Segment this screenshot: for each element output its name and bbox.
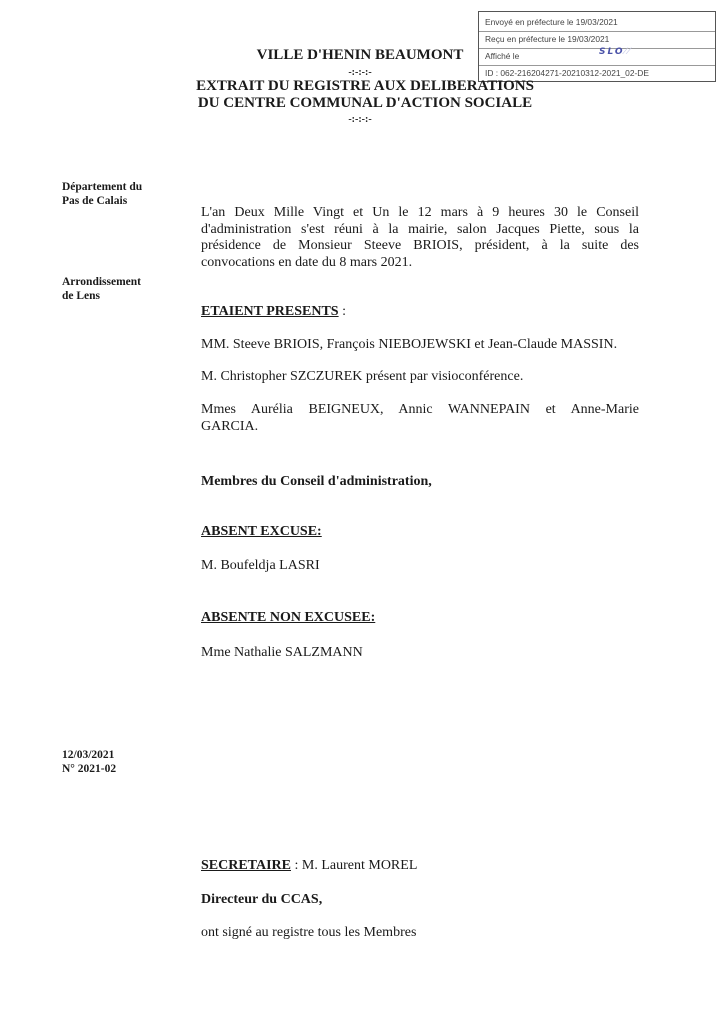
secretary-line: SECRETAIRE : M. Laurent MOREL [201,858,639,875]
absent-excused-name: M. Boufeldja LASRI [201,558,639,575]
director-label: Directeur du CCAS, [201,892,639,909]
slo-logo-icon: SLO⁄⁄ [599,47,632,57]
deliberation-number: N° 2021-02 [62,762,116,776]
members-label: Membres du Conseil d'administration, [201,474,639,491]
absent-excused-heading: ABSENT EXCUSE: [201,524,639,541]
present-women: Mmes Aurélia BEIGNEUX, Annic WANNEPAIN e… [201,402,639,435]
district-label: Arrondissement de Lens [62,275,141,303]
stamp-sent-date: Envoyé en préfecture le 19/03/2021 [485,17,618,27]
signature-note: ont signé au registre tous les Membres [201,925,639,942]
intro-paragraph: L'an Deux Mille Vingt et Un le 12 mars à… [201,205,639,271]
divider: -:-:-:- [200,67,520,78]
department-label: Département du Pas de Calais [62,180,142,208]
deliberation-date: 12/03/2021 [62,748,116,762]
present-remote: M. Christopher SZCZUREK présent par visi… [201,369,639,386]
present-heading: ETAIENT PRESENTS : [201,304,639,321]
document-title: EXTRAIT DU REGISTRE AUX DELIBERATIONS DU… [185,78,545,112]
stamp-received-date: Reçu en préfecture le 19/03/2021 [485,34,609,44]
absent-unexcused-heading: ABSENTE NON EXCUSEE: [201,610,639,627]
present-men: MM. Steeve BRIOIS, François NIEBOJEWSKI … [201,337,639,354]
city-name: VILLE D'HENIN BEAUMONT [200,47,520,64]
divider: -:-:-:- [180,114,540,125]
absent-unexcused-name: Mme Nathalie SALZMANN [201,645,639,662]
deliberation-reference: 12/03/2021 N° 2021-02 [62,748,116,776]
